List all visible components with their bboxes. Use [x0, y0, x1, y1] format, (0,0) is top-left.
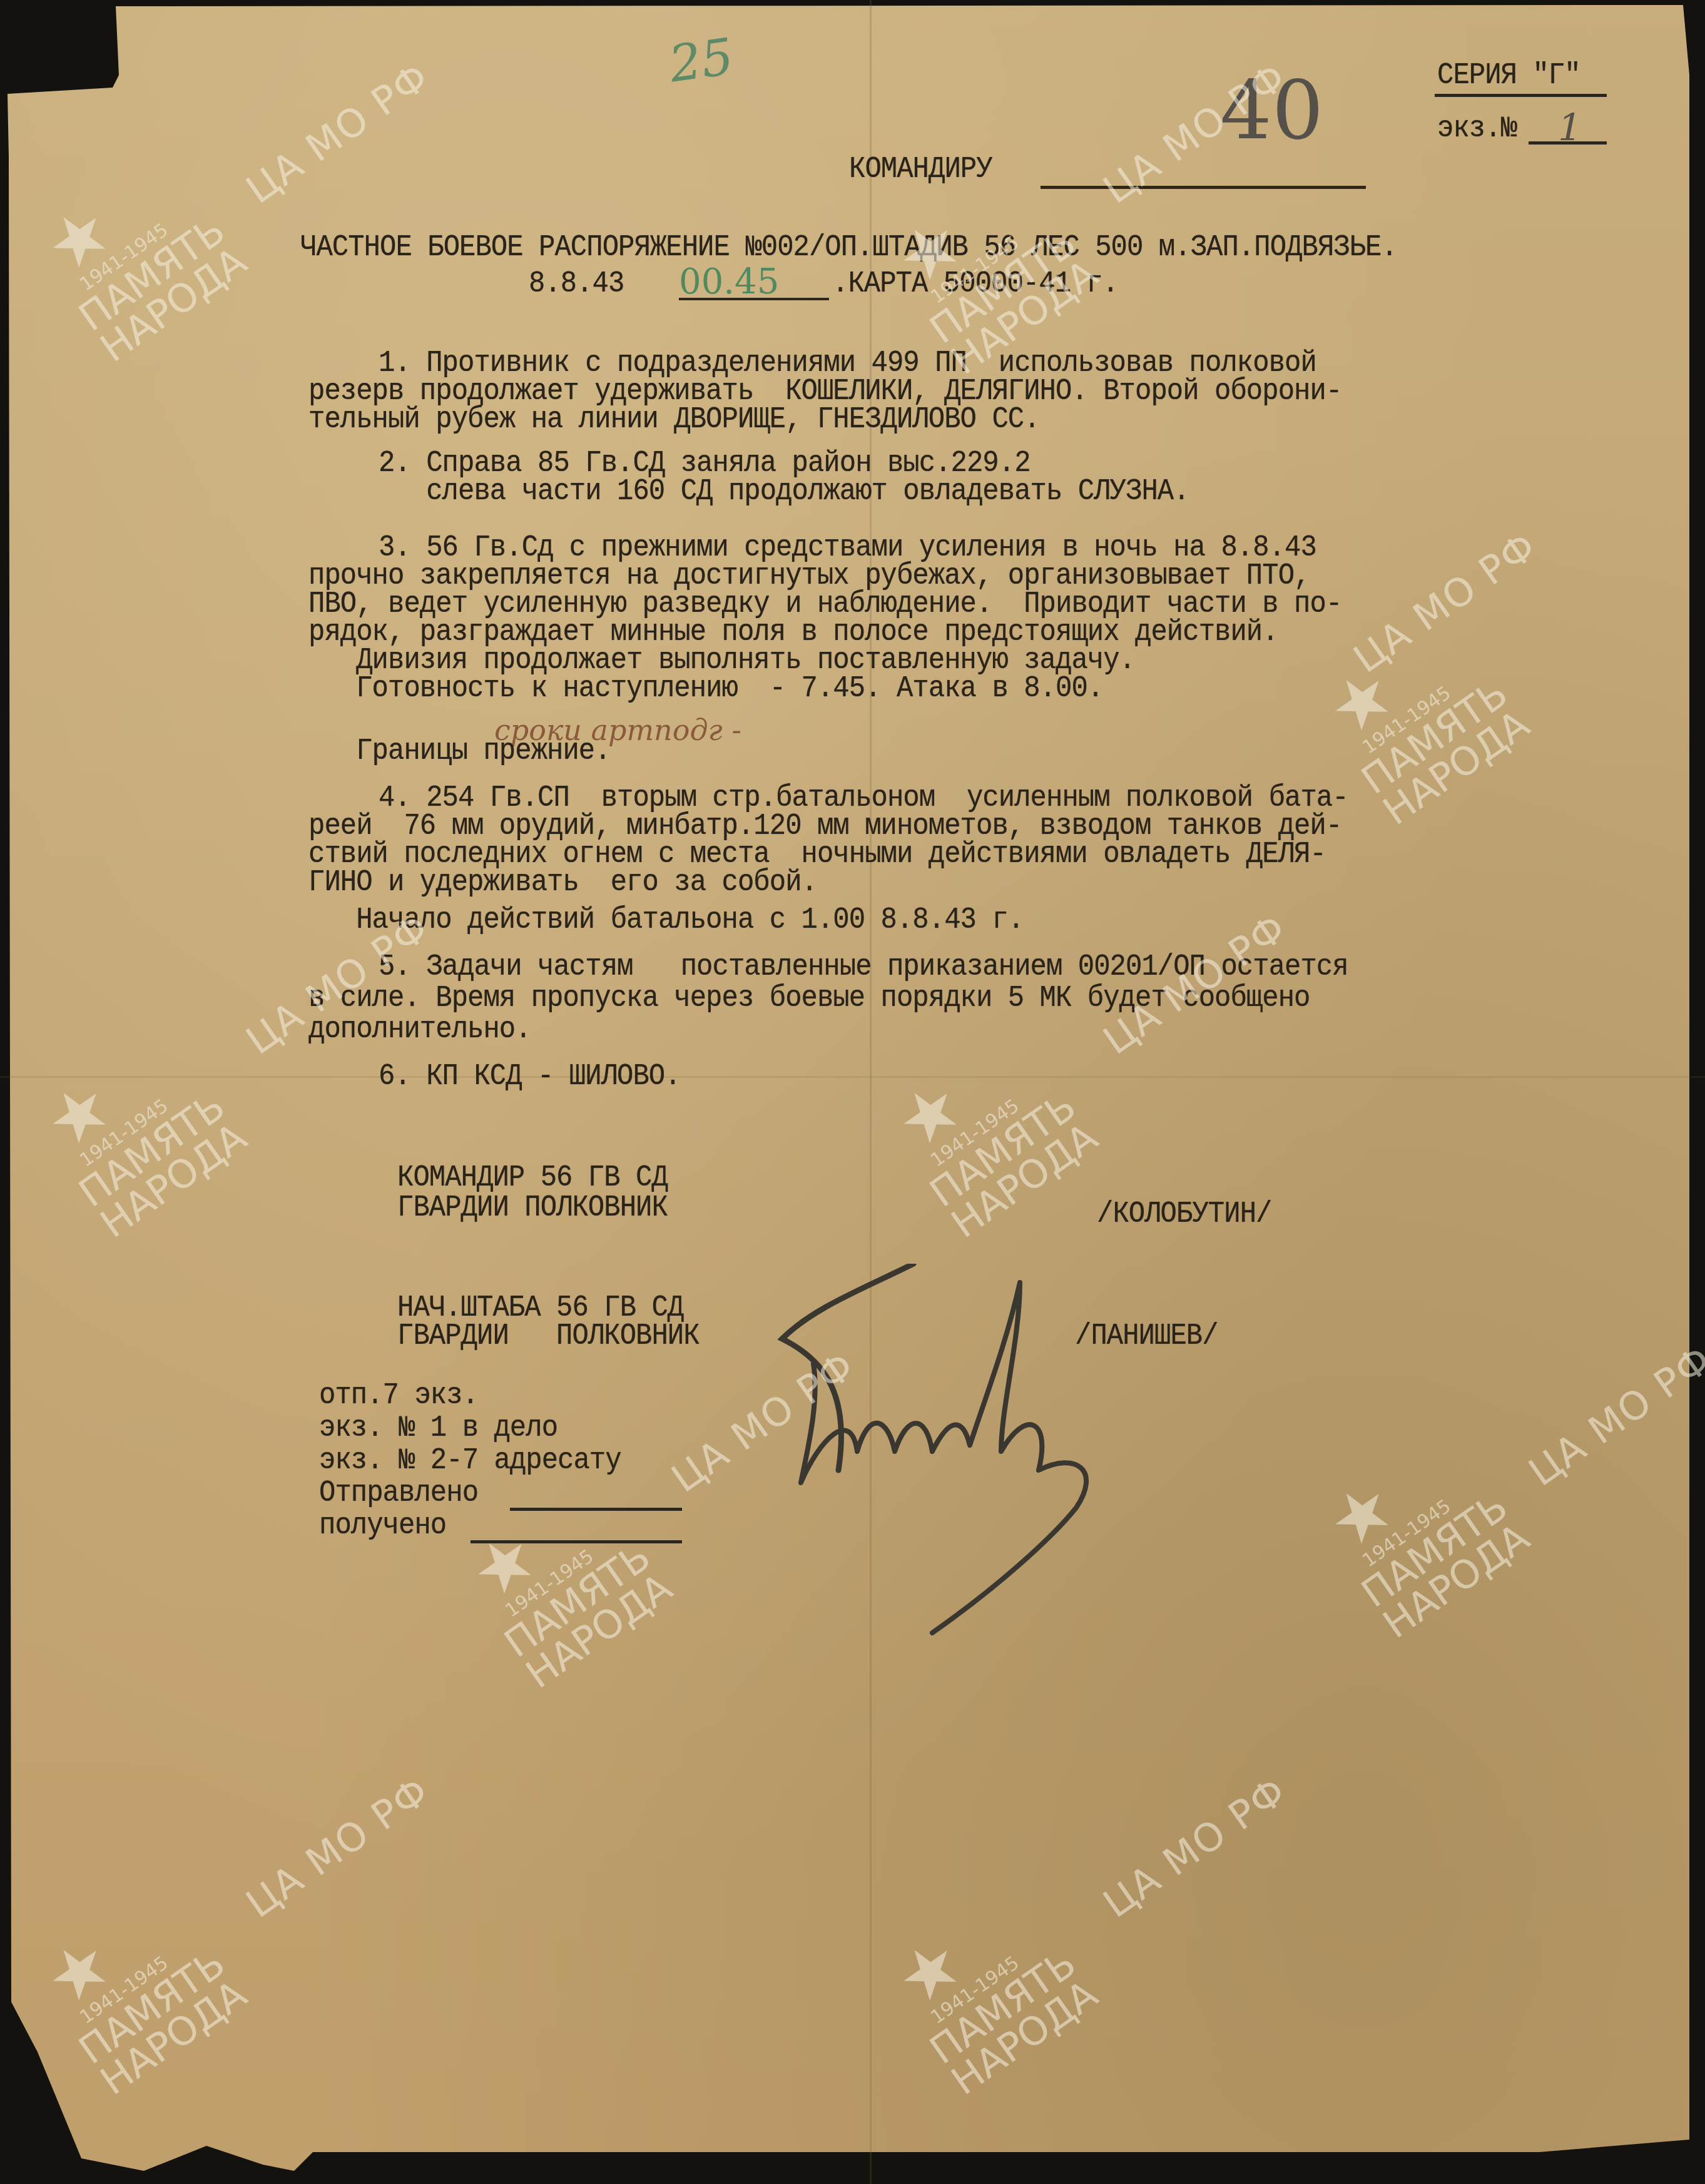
distribution-line: экз. № 2-7 адресату [319, 1448, 621, 1475]
sent-underline [510, 1508, 682, 1511]
signatory-name: /КОЛОБУТИН/ [1097, 1201, 1271, 1228]
order-map: .КАРТА 50000-41 г. [832, 271, 1118, 298]
paragraph-line: Готовность к наступлению - 7.45. Атака в… [308, 676, 1103, 703]
folio-number-pencil: 40 [1220, 63, 1323, 158]
paragraph-line: 3. 56 Гв.Сд с прежними средствами усилен… [379, 535, 1316, 562]
paragraph-line: прочно закрепляется на достигнутых рубеж… [308, 563, 1310, 590]
paragraph-line: дополнительно. [308, 1017, 531, 1044]
signatory-rank: ГВАРДИИ ПОЛКОВНИК [397, 1323, 700, 1350]
copy-number-underline [1529, 141, 1607, 145]
paragraph-line: ствий последних огнем с места ночными де… [308, 841, 1326, 868]
order-title: ЧАСТНОЕ БОЕВОЕ РАСПОРЯЖЕНИЕ №002/ОП.ШТАД… [300, 235, 1397, 262]
paragraph-line: 2. Справа 85 Гв.СД заняла район выс.229.… [379, 450, 1031, 477]
signatory-rank: ГВАРДИИ ПОЛКОВНИК [397, 1195, 668, 1222]
folio-number-green: 25 [666, 27, 737, 93]
signatory-title: КОМАНДИР 56 ГВ СД [397, 1165, 668, 1192]
sent-label: Отправлено [319, 1480, 478, 1507]
handwritten-signature [726, 1264, 1289, 1639]
paragraph-line: 5. Задачи частям поставленные приказание… [379, 954, 1348, 981]
paragraph-line: 4. 254 Гв.СП вторым стр.батальоном усиле… [379, 785, 1348, 812]
paragraph-line: Дивизия продолжает выполнять поставленну… [308, 648, 1135, 674]
order-date: 8.8.43 [529, 271, 624, 298]
paragraph-line: реей 76 мм орудий, минбатр.120 мм миноме… [308, 813, 1341, 840]
addressee-label: КОМАНДИРУ [849, 156, 992, 183]
paragraph-line: ПВО, ведет усиленную разведку и наблюден… [308, 591, 1341, 618]
paragraph-line: Начало действий батальона с 1.00 8.8.43 … [308, 907, 1024, 934]
signatory-title: НАЧ.ШТАБА 56 ГВ СД [397, 1295, 683, 1322]
document-sheet [0, 0, 1705, 2184]
paper-fold-horizontal [0, 1076, 1705, 1078]
paragraph-line: 6. КП КСД - ШИЛОВО. [379, 1064, 681, 1090]
paragraph-line: ГИНО и удерживать его за собой. [308, 870, 817, 896]
paragraph-line: Границы прежние. [308, 738, 611, 765]
paragraph-line: слева части 160 СД продолжают овладевать… [379, 479, 1189, 505]
paragraph-line: 1. Противник с подразделениями 499 ПП ис… [379, 350, 1316, 377]
received-label: получено [319, 1513, 446, 1540]
paragraph-line: тельный рубеж на линии ДВОРИЩЕ, ГНЕЗДИЛО… [308, 407, 1040, 434]
series-underline [1435, 94, 1607, 97]
distribution-line: отп.7 экз. [319, 1383, 478, 1409]
distribution-line: экз. № 1 в дело [319, 1415, 557, 1442]
order-time-underline [679, 298, 829, 300]
paragraph-line: в силе. Время пропуска через боевые поря… [308, 985, 1310, 1012]
paragraph-line: резерв продолжает удерживать КОШЕЛИКИ, Д… [308, 378, 1341, 405]
paragraph-line: рядок, разграждает минные поля в полосе … [308, 619, 1278, 646]
order-time-handwritten: 00.45 [679, 262, 779, 302]
addressee-underline [1041, 186, 1366, 189]
received-underline [471, 1540, 682, 1543]
series-label: СЕРИЯ "Г" [1437, 63, 1580, 89]
paper-fold-vertical [870, 0, 872, 2184]
copy-number-label: экз.№ [1437, 116, 1517, 143]
